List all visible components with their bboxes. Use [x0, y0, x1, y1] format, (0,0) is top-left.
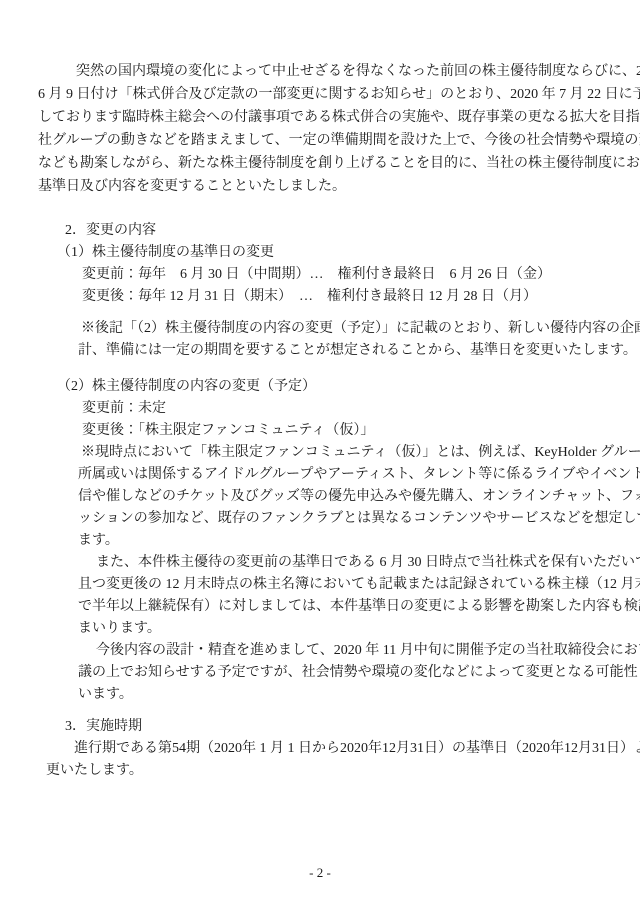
text-line: 変更後：毎年 12 月 31 日（期末） … 権利付き最終日 12 月 28 日…: [82, 286, 600, 308]
future-schedule-paragraph: 今後内容の設計・精査を進めまして、2020 年 11 月中旬に開催予定の当社取締…: [78, 640, 600, 706]
text-line: 6 月 9 日付け「株式併合及び定款の一部変更に関するお知らせ」のとおり、202…: [38, 83, 600, 106]
text-line: 計、準備には一定の期間を要することが想定されることから、基準日を変更いたします。: [78, 340, 600, 362]
benefit-content-change-list: 変更前：未定変更後：「株主限定ファンコミュニティ（仮）」: [82, 398, 600, 442]
text-line: 信や催しなどのチケット及びグッズ等の優先申込みや優先購入、オンラインチャット、フ…: [78, 486, 600, 508]
section-3-heading: 3．実施時期: [65, 716, 600, 738]
text-line: 基準日及び内容を変更することといたしました。: [38, 175, 600, 198]
text-line: 更いたします。: [46, 760, 600, 782]
text-line: ※後記「（2）株主優待制度の内容の変更（予定）」に記載のとおり、新しい優待内容の…: [78, 318, 600, 340]
text-line: 且つ変更後の 12 月末時点の株主名簿においても記載または記録されている株主様（…: [78, 574, 600, 596]
text-line: なども勘案しながら、新たな株主優待制度を創り上げることを目的に、当社の株主優待制…: [38, 152, 600, 175]
text-line: 変更後：「株主限定ファンコミュニティ（仮）」: [82, 420, 600, 442]
text-line: まいります。: [78, 618, 600, 640]
section-2-1-heading: （1）株主優待制度の基準日の変更: [57, 242, 600, 264]
text-line: また、本件株主優待の変更前の基準日である 6 月 30 日時点で当社株式を保有い…: [78, 552, 600, 574]
text-line: 突然の国内環境の変化によって中止せざるを得なくなった前回の株主優待制度ならびに、…: [38, 60, 600, 83]
record-date-change-note: ※後記「（2）株主優待制度の内容の変更（予定）」に記載のとおり、新しい優待内容の…: [78, 318, 600, 362]
page-number: - 2 -: [0, 865, 640, 881]
text-line: ます。: [78, 530, 600, 552]
continuing-holders-paragraph: また、本件株主優待の変更前の基準日である 6 月 30 日時点で当社株式を保有い…: [78, 552, 600, 640]
text-line: 進行期である第54期（2020年 1 月 1 日から2020年12月31日）の基…: [46, 738, 600, 760]
benefit-content-note: ※現時点において「株主限定ファンコミュニティ（仮）」とは、例えば、KeyHold…: [78, 442, 600, 552]
text-line: しております臨時株主総会への付議事項である株式併合の実施や、既存事業の更なる拡大…: [38, 106, 600, 129]
document-page: 突然の国内環境の変化によって中止せざるを得なくなった前回の株主優待制度ならびに、…: [0, 0, 640, 905]
text-line: ッションの参加など、既存のファンクラブとは異なるコンテンツやサービスなどを想定し…: [78, 508, 600, 530]
text-line: 今後内容の設計・精査を進めまして、2020 年 11 月中旬に開催予定の当社取締…: [78, 640, 600, 662]
section-2-heading: 2．変更の内容: [65, 220, 600, 242]
section-2-2-heading: （2）株主優待制度の内容の変更（予定）: [57, 376, 600, 398]
text-line: で半年以上継続保有）に対しましては、本件基準日の変更による影響を勘案した内容も検…: [78, 596, 600, 618]
implementation-paragraph: 進行期である第54期（2020年 1 月 1 日から2020年12月31日）の基…: [46, 738, 600, 782]
text-line: 社グループの動きなどを踏まえまして、一定の準備期間を設けた上で、今後の社会情勢や…: [38, 129, 600, 152]
text-line: 所属或いは関係するアイドルグループやアーティスト、タレント等に係るライブやイベン…: [78, 464, 600, 486]
intro-paragraph: 突然の国内環境の変化によって中止せざるを得なくなった前回の株主優待制度ならびに、…: [38, 60, 600, 198]
text-line: 変更前：毎年 6 月 30 日（中間期）… 権利付き最終日 6 月 26 日（金…: [82, 264, 600, 286]
record-date-change-list: 変更前：毎年 6 月 30 日（中間期）… 権利付き最終日 6 月 26 日（金…: [82, 264, 600, 308]
text-line: 変更前：未定: [82, 398, 600, 420]
text-line: います。: [78, 684, 600, 706]
text-line: 議の上でお知らせする予定ですが、社会情勢や環境の変化などによって変更となる可能性…: [78, 662, 600, 684]
text-line: ※現時点において「株主限定ファンコミュニティ（仮）」とは、例えば、KeyHold…: [78, 442, 600, 464]
